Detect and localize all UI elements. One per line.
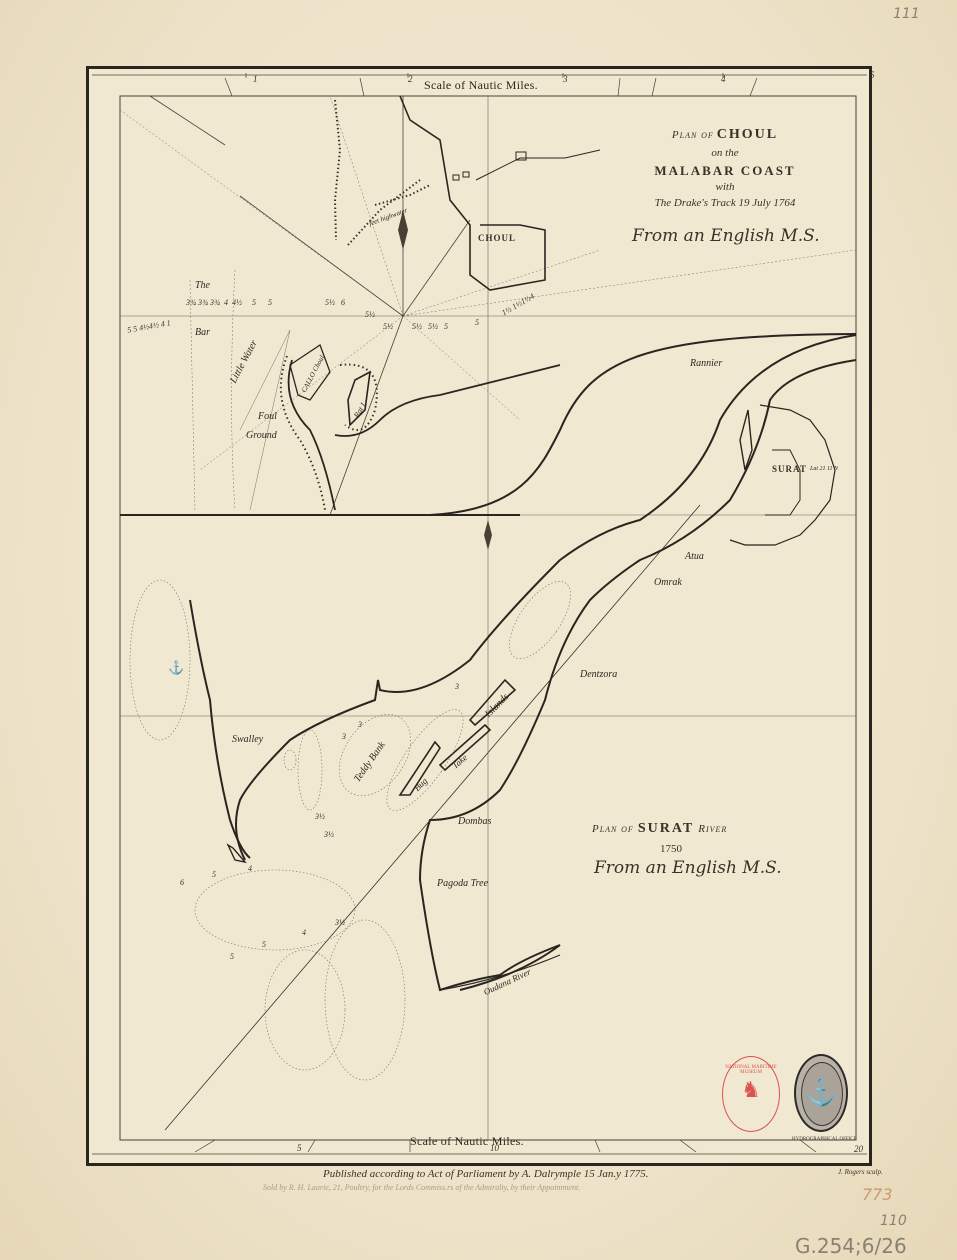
sounding: 5½ 6 (325, 298, 345, 307)
publication-imprint: Published according to Act of Parliament… (323, 1168, 648, 1180)
place-surat: SURAT (772, 464, 807, 474)
surat-title: Plan of SURAT River (592, 820, 727, 836)
pencil-number-2: 110 (880, 1213, 907, 1229)
sounding: 4 (302, 928, 306, 937)
sounding: 5½ (383, 322, 393, 331)
bottom-scale-label: Scale of Nautic Miles. (410, 1134, 524, 1149)
place-rannier: Rannier (690, 358, 722, 369)
surat-source-note: From an English M.S. (594, 858, 782, 878)
top-scale-tick: 2 (408, 74, 413, 84)
sounding: 5 (475, 318, 479, 327)
sounding: 5½ 5½ 5 (412, 322, 448, 331)
place-dentzora: Dentzora (580, 669, 617, 680)
top-scale-tick: 5 (870, 70, 875, 80)
seller-imprint: Sold by R. H. Laurie, 21, Poultry, for t… (263, 1183, 580, 1192)
top-scale-tick: 3 (563, 74, 568, 84)
sounding: 3 (342, 732, 346, 741)
sounding: 5 (212, 870, 216, 879)
place-swalley: Swalley (232, 734, 263, 745)
hydrographical-office-stamp: ⚓ HYDROGRAPHICAL OFFICE (794, 1054, 848, 1132)
sounding: 6 (180, 878, 184, 887)
anchor-icon: ⚓ (796, 1078, 846, 1108)
sounding: 5 (262, 940, 266, 949)
label-ground: Ground (246, 430, 277, 441)
top-scale-label: Scale of Nautic Miles. (424, 78, 538, 93)
place-pagoda-tree: Pagoda Tree (437, 878, 488, 889)
sounding: 3½ (335, 918, 345, 927)
engraver-credit: J. Rogers sculp. (838, 1168, 883, 1176)
pencil-number: 773 (862, 1185, 893, 1204)
place-dombas: Dombas (458, 816, 491, 827)
anchor-icon: ⚓ (168, 660, 184, 676)
label-bar: Bar (195, 327, 210, 338)
choul-source-note: From an English M.S. (632, 226, 820, 246)
label-the: The (195, 280, 210, 291)
shelfmark: G.254;6/26 (795, 1234, 907, 1258)
sounding: 5½ (365, 310, 375, 319)
place-omrak: Omrak (654, 577, 682, 588)
bottom-scale-tick: 20 (854, 1144, 863, 1154)
surat-latitude: Lat 21 11 N (810, 466, 838, 472)
bottom-scale-tick: 10 (490, 1143, 499, 1153)
sounding: 3½ (315, 812, 325, 821)
sounding: 5 (230, 952, 234, 961)
place-choul: CHOUL (478, 233, 516, 243)
place-atua: Atua (685, 551, 704, 562)
sounding: 3 (358, 720, 362, 729)
bottom-scale-tick: 5 (297, 1143, 302, 1153)
label-foul: Foul (258, 411, 277, 422)
soundings-bar-row-2: 3¾ 3¾ 3¾ 4 4½ 5 5 (186, 298, 272, 307)
national-maritime-museum-stamp: NATIONAL MARITIME MUSEUM ♞ (722, 1056, 780, 1132)
sounding: 4 (248, 864, 252, 873)
top-scale-tick: 4 (721, 74, 726, 84)
surat-title-year: 1750 (660, 843, 682, 855)
sounding: 3½ (324, 830, 334, 839)
sounding: 3 (455, 682, 459, 691)
crest-icon: ♞ (723, 1079, 779, 1101)
choul-title: Plan of CHOUL on the MALABAR COAST with … (600, 128, 850, 209)
top-scale-tick: 1 (253, 74, 258, 84)
